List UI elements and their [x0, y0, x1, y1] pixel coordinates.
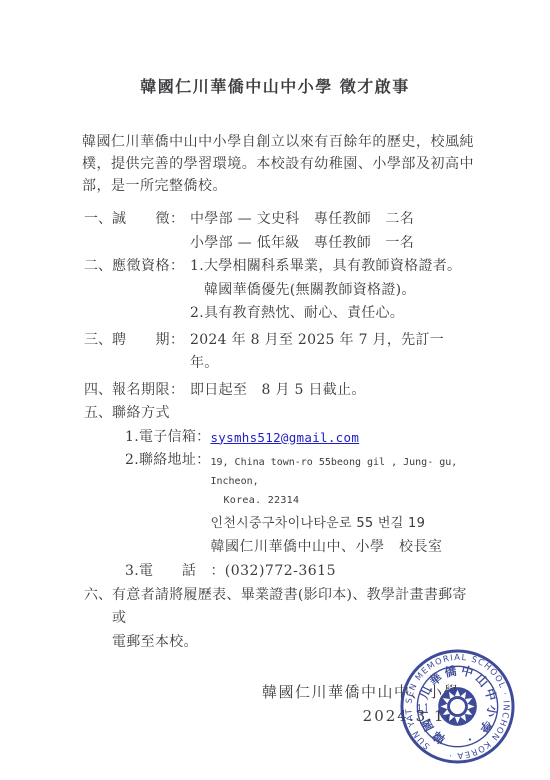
- item-content: 中學部 — 文史科 專任教師 二名: [190, 208, 472, 232]
- item-qualification-row2: 韓國華僑優先(無關教師資格證)。: [84, 279, 472, 303]
- document-title: 韓國仁川華僑中山中小學 徵才啟事: [0, 0, 550, 97]
- address-korean: 인천시중구차이나타운로 55 번길 19: [210, 512, 472, 535]
- item-term-row: 三、 聘 期： 2024 年 8 月至 2025 年 7 月，先訂一年。: [84, 329, 472, 376]
- item-recruit-row2: 小學部 — 低年級 專任教師 一名: [84, 232, 472, 256]
- email-link[interactable]: sysmhs512@gmail.com: [210, 426, 359, 450]
- item-contact-row: 五、 聯絡方式: [84, 402, 472, 426]
- item-content: 2.具有教育熱忱、耐心、責任心。: [190, 302, 472, 326]
- document-page: 韓國仁川華僑中山中小學 徵才啟事 韓國仁川華僑中山中小學自創立以來有百餘年的歷史…: [0, 0, 550, 780]
- item-label: 聯絡方式: [112, 402, 190, 426]
- spacer-cell: [84, 232, 112, 256]
- item-content: 小學部 — 低年級 專任教師 一名: [190, 232, 472, 256]
- item-label: 誠 徵：: [112, 208, 190, 232]
- item-deadline-row: 四、 報名期限： 即日起至 8 月 5 日截止。: [84, 379, 472, 403]
- contact-address-row: 2.聯絡地址： 19, China town-ro 55beong gil , …: [125, 449, 472, 560]
- school-seal: SUN YAT SEN MEMORIAL SCHOOL · INCHON KOR…: [398, 647, 517, 766]
- spacer-cell: [112, 232, 190, 256]
- item-recruit-row1: 一、 誠 徵： 中學部 — 文史科 專任教師 二名: [84, 208, 472, 232]
- spacer-cell: [112, 279, 190, 303]
- address-label: 2.聯絡地址：: [125, 449, 210, 560]
- item-number: 三、: [84, 329, 112, 376]
- sun-emblem-icon: [438, 687, 477, 726]
- item-label: 應徵資格：: [112, 255, 190, 279]
- item-label: 聘 期：: [112, 329, 190, 376]
- address-block: 19, China town-ro 55beong gil , Jung- gu…: [210, 449, 472, 560]
- item-number: 一、: [84, 208, 112, 232]
- phone-number: (032)772-3615: [225, 560, 336, 584]
- contact-email-row: 1.電子信箱： sysmhs512@gmail.com: [125, 426, 472, 450]
- phone-label: 3.電 話 ：: [125, 560, 225, 584]
- email-label: 1.電子信箱：: [125, 426, 210, 450]
- item-application-row: 六、 有意者請將履歷表、畢業證書(影印本)、教學計畫書郵寄或 電郵至本校。: [84, 584, 472, 655]
- item-label: 報名期限：: [112, 379, 190, 403]
- spacer-cell: [112, 302, 190, 326]
- item-number: 四、: [84, 379, 112, 403]
- item-content-block: 有意者請將履歷表、畢業證書(影印本)、教學計畫書郵寄或 電郵至本校。: [112, 584, 472, 655]
- item-content: 有意者請將履歷表、畢業證書(影印本)、教學計畫書郵寄或: [112, 584, 472, 631]
- item-number: 二、: [84, 255, 112, 279]
- items-list: 一、 誠 徵： 中學部 — 文史科 專任教師 二名 小學部 — 低年級 專任教師…: [84, 208, 472, 654]
- item-content: 1.大學相關科系畢業，具有教師資格證者。: [190, 255, 472, 279]
- item-qualification-row1: 二、 應徵資格： 1.大學相關科系畢業，具有教師資格證者。: [84, 255, 472, 279]
- item-number: 五、: [84, 402, 112, 426]
- item-content: 即日起至 8 月 5 日截止。: [190, 379, 472, 403]
- address-english-line1: 19, China town-ro 55beong gil , Jung- gu…: [210, 449, 472, 491]
- item-qualification-row3: 2.具有教育熱忱、耐心、責任心。: [84, 302, 472, 326]
- address-chinese: 韓國仁川華僑中山中、小學 校長室: [210, 535, 472, 560]
- item-number: 六、: [84, 584, 112, 655]
- spacer-cell: [84, 279, 112, 303]
- spacer-cell: [84, 302, 112, 326]
- item-content: 2024 年 8 月至 2025 年 7 月，先訂一年。: [190, 329, 472, 376]
- intro-paragraph: 韓國仁川華僑中山中小學自創立以來有百餘年的歷史，校風純樸，提供完善的學習環境。本…: [82, 131, 474, 197]
- item-content: 韓國華僑優先(無關教師資格證)。: [204, 279, 472, 303]
- address-english-line2: Korea. 22314: [223, 491, 472, 510]
- contact-phone-row: 3.電 話 ： (032)772-3615: [125, 560, 472, 584]
